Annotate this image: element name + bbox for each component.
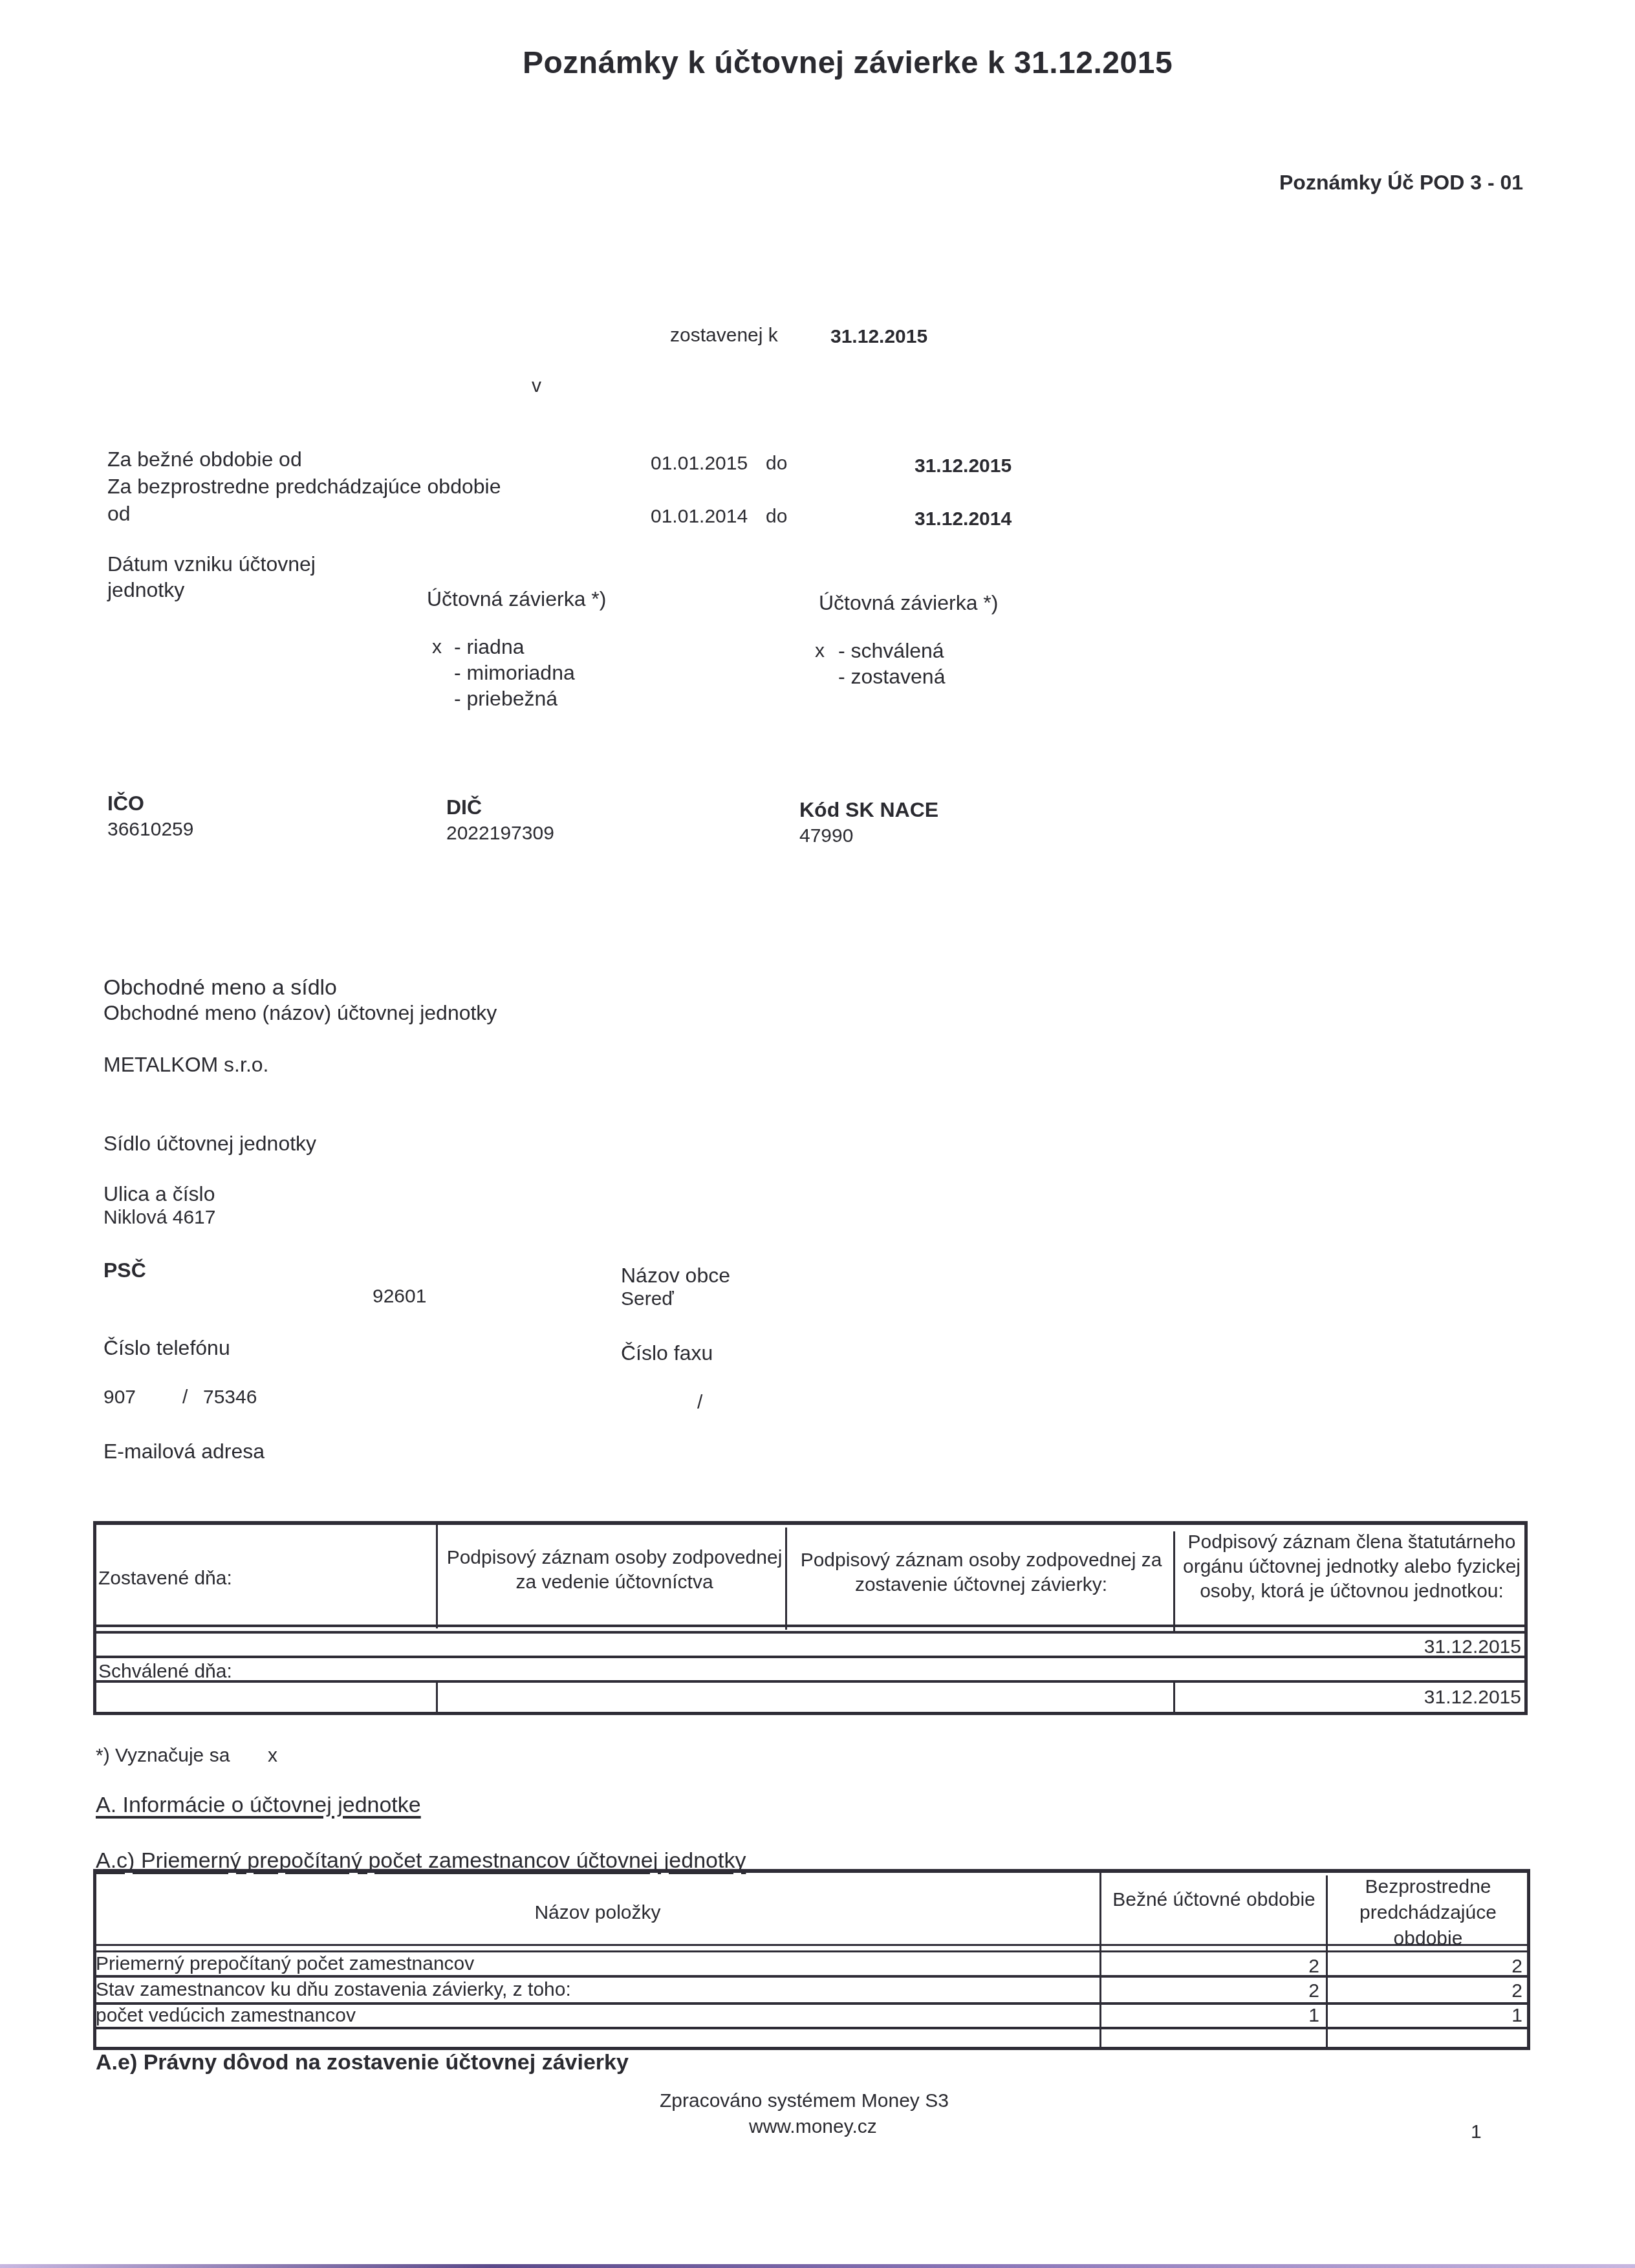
current-period-to: 31.12.2015: [915, 454, 1012, 479]
city-label: Názov obce: [621, 1262, 730, 1288]
psc-value: 92601: [373, 1284, 426, 1309]
ico-label: IČO: [107, 790, 144, 816]
city-value: Sereď: [621, 1287, 674, 1312]
previous-period-to: 31.12.2014: [915, 507, 1012, 532]
approved-on-date: 31.12.2015: [1294, 1687, 1521, 1709]
business-section-heading: Obchodné meno a sídlo: [103, 974, 337, 1001]
nace-value: 47990: [799, 824, 853, 848]
processed-by: Zpracováno systémem Money S3: [660, 2089, 949, 2113]
employees-header-current: Bežné účtovné obdobie: [1103, 1887, 1325, 1913]
business-name: METALKOM s.r.o.: [103, 1052, 268, 1077]
row-name: Priemerný prepočítaný počet zamestnancov: [96, 1952, 474, 1976]
page-title: Poznámky k účtovnej závierke k 31.12.201…: [523, 45, 1173, 81]
statement-status-schvalena-mark[interactable]: x: [815, 639, 825, 664]
row-name: počet vedúcich zamestnancov: [96, 2003, 356, 2028]
dic-value: 2022197309: [446, 821, 554, 846]
row-previous: 1: [1332, 2005, 1522, 2027]
statement-type-riadna-mark[interactable]: x: [432, 635, 442, 660]
fax-separator: /: [697, 1390, 702, 1415]
software-website[interactable]: www.money.cz: [749, 2115, 877, 2139]
section-ae-heading: A.e) Právny dôvod na zostavenie účtovnej…: [96, 2049, 629, 2076]
v-mark: v: [532, 374, 541, 398]
current-period-do: do: [766, 451, 787, 476]
statement-status-schvalena: - schválená: [838, 638, 944, 664]
dic-label: DIČ: [446, 794, 482, 820]
phone-separator: /: [182, 1385, 188, 1410]
street-label: Ulica a číslo: [103, 1181, 215, 1207]
row-name: Stav zamestnancov ku dňu zostavenia závi…: [96, 1978, 571, 2002]
statement-status-zostavena: - zostavená: [838, 664, 945, 689]
statement-status-heading: Účtovná závierka *): [819, 590, 998, 616]
previous-period-do: do: [766, 504, 787, 529]
row-current: 1: [1106, 2005, 1319, 2027]
signature-accounting-header: Podpisový záznam osoby zodpovednej za ve…: [446, 1546, 783, 1595]
form-code: Poznámky Úč POD 3 - 01: [1279, 169, 1523, 195]
fax-label: Číslo faxu: [621, 1340, 713, 1366]
phone-number: 75346: [203, 1385, 257, 1410]
compiled-label: zostavenej k: [670, 323, 778, 348]
section-a-heading: A. Informácie o účtovnej jednotke: [96, 1791, 421, 1819]
current-period-label: Za bežné obdobie od: [107, 446, 302, 472]
scan-edge: [0, 2264, 1635, 2268]
row-previous: 2: [1332, 1980, 1522, 2002]
footnote-mark: x: [268, 1744, 277, 1768]
signature-statutory-header: Podpisový záznam člena štatutárneho orgá…: [1178, 1530, 1525, 1604]
phone-prefix: 907: [103, 1385, 136, 1410]
row-current: 2: [1106, 1956, 1319, 1978]
page-number: 1: [1471, 2120, 1482, 2144]
previous-period-from: 01.01.2014: [651, 504, 748, 529]
previous-period-label: Za bezprostredne predchádzajúce obdobie: [107, 473, 501, 499]
street-value: Niklová 4617: [103, 1205, 215, 1230]
origin-date-label-2: jednotky: [107, 577, 184, 603]
previous-period-od: od: [107, 501, 131, 526]
statement-type-heading: Účtovná závierka *): [427, 586, 606, 612]
employees-header-previous: Bezprostredne predchádzajúce obdobie: [1330, 1874, 1526, 1952]
approved-on-label: Schválené dňa:: [98, 1659, 232, 1684]
row-previous: 2: [1332, 1956, 1522, 1978]
compiled-date: 31.12.2015: [830, 325, 927, 349]
email-label: E-mailová adresa: [103, 1438, 265, 1464]
compiled-on-label: Zostavené dňa:: [98, 1566, 232, 1591]
current-period-from: 01.01.2015: [651, 451, 748, 476]
seat-label: Sídlo účtovnej jednotky: [103, 1130, 316, 1156]
statement-type-priebezna: - priebežná: [454, 686, 558, 711]
compiled-on-date: 31.12.2015: [1294, 1636, 1521, 1658]
statement-type-riadna: - riadna: [454, 634, 525, 660]
signature-compilation-header: Podpisový záznam osoby zodpovednej za zo…: [790, 1548, 1172, 1597]
nace-label: Kód SK NACE: [799, 797, 938, 823]
employees-header-name: Názov položky: [97, 1900, 1098, 1926]
ico-value: 36610259: [107, 817, 193, 842]
business-name-label: Obchodné meno (názov) účtovnej jednotky: [103, 1000, 497, 1026]
row-current: 2: [1106, 1980, 1319, 2002]
origin-date-label: Dátum vzniku účtovnej: [107, 551, 316, 577]
statement-type-mimoriadna: - mimoriadna: [454, 660, 575, 686]
footnote-text: *) Vyznačuje sa: [96, 1744, 230, 1768]
phone-label: Číslo telefónu: [103, 1335, 230, 1361]
psc-label: PSČ: [103, 1257, 146, 1283]
